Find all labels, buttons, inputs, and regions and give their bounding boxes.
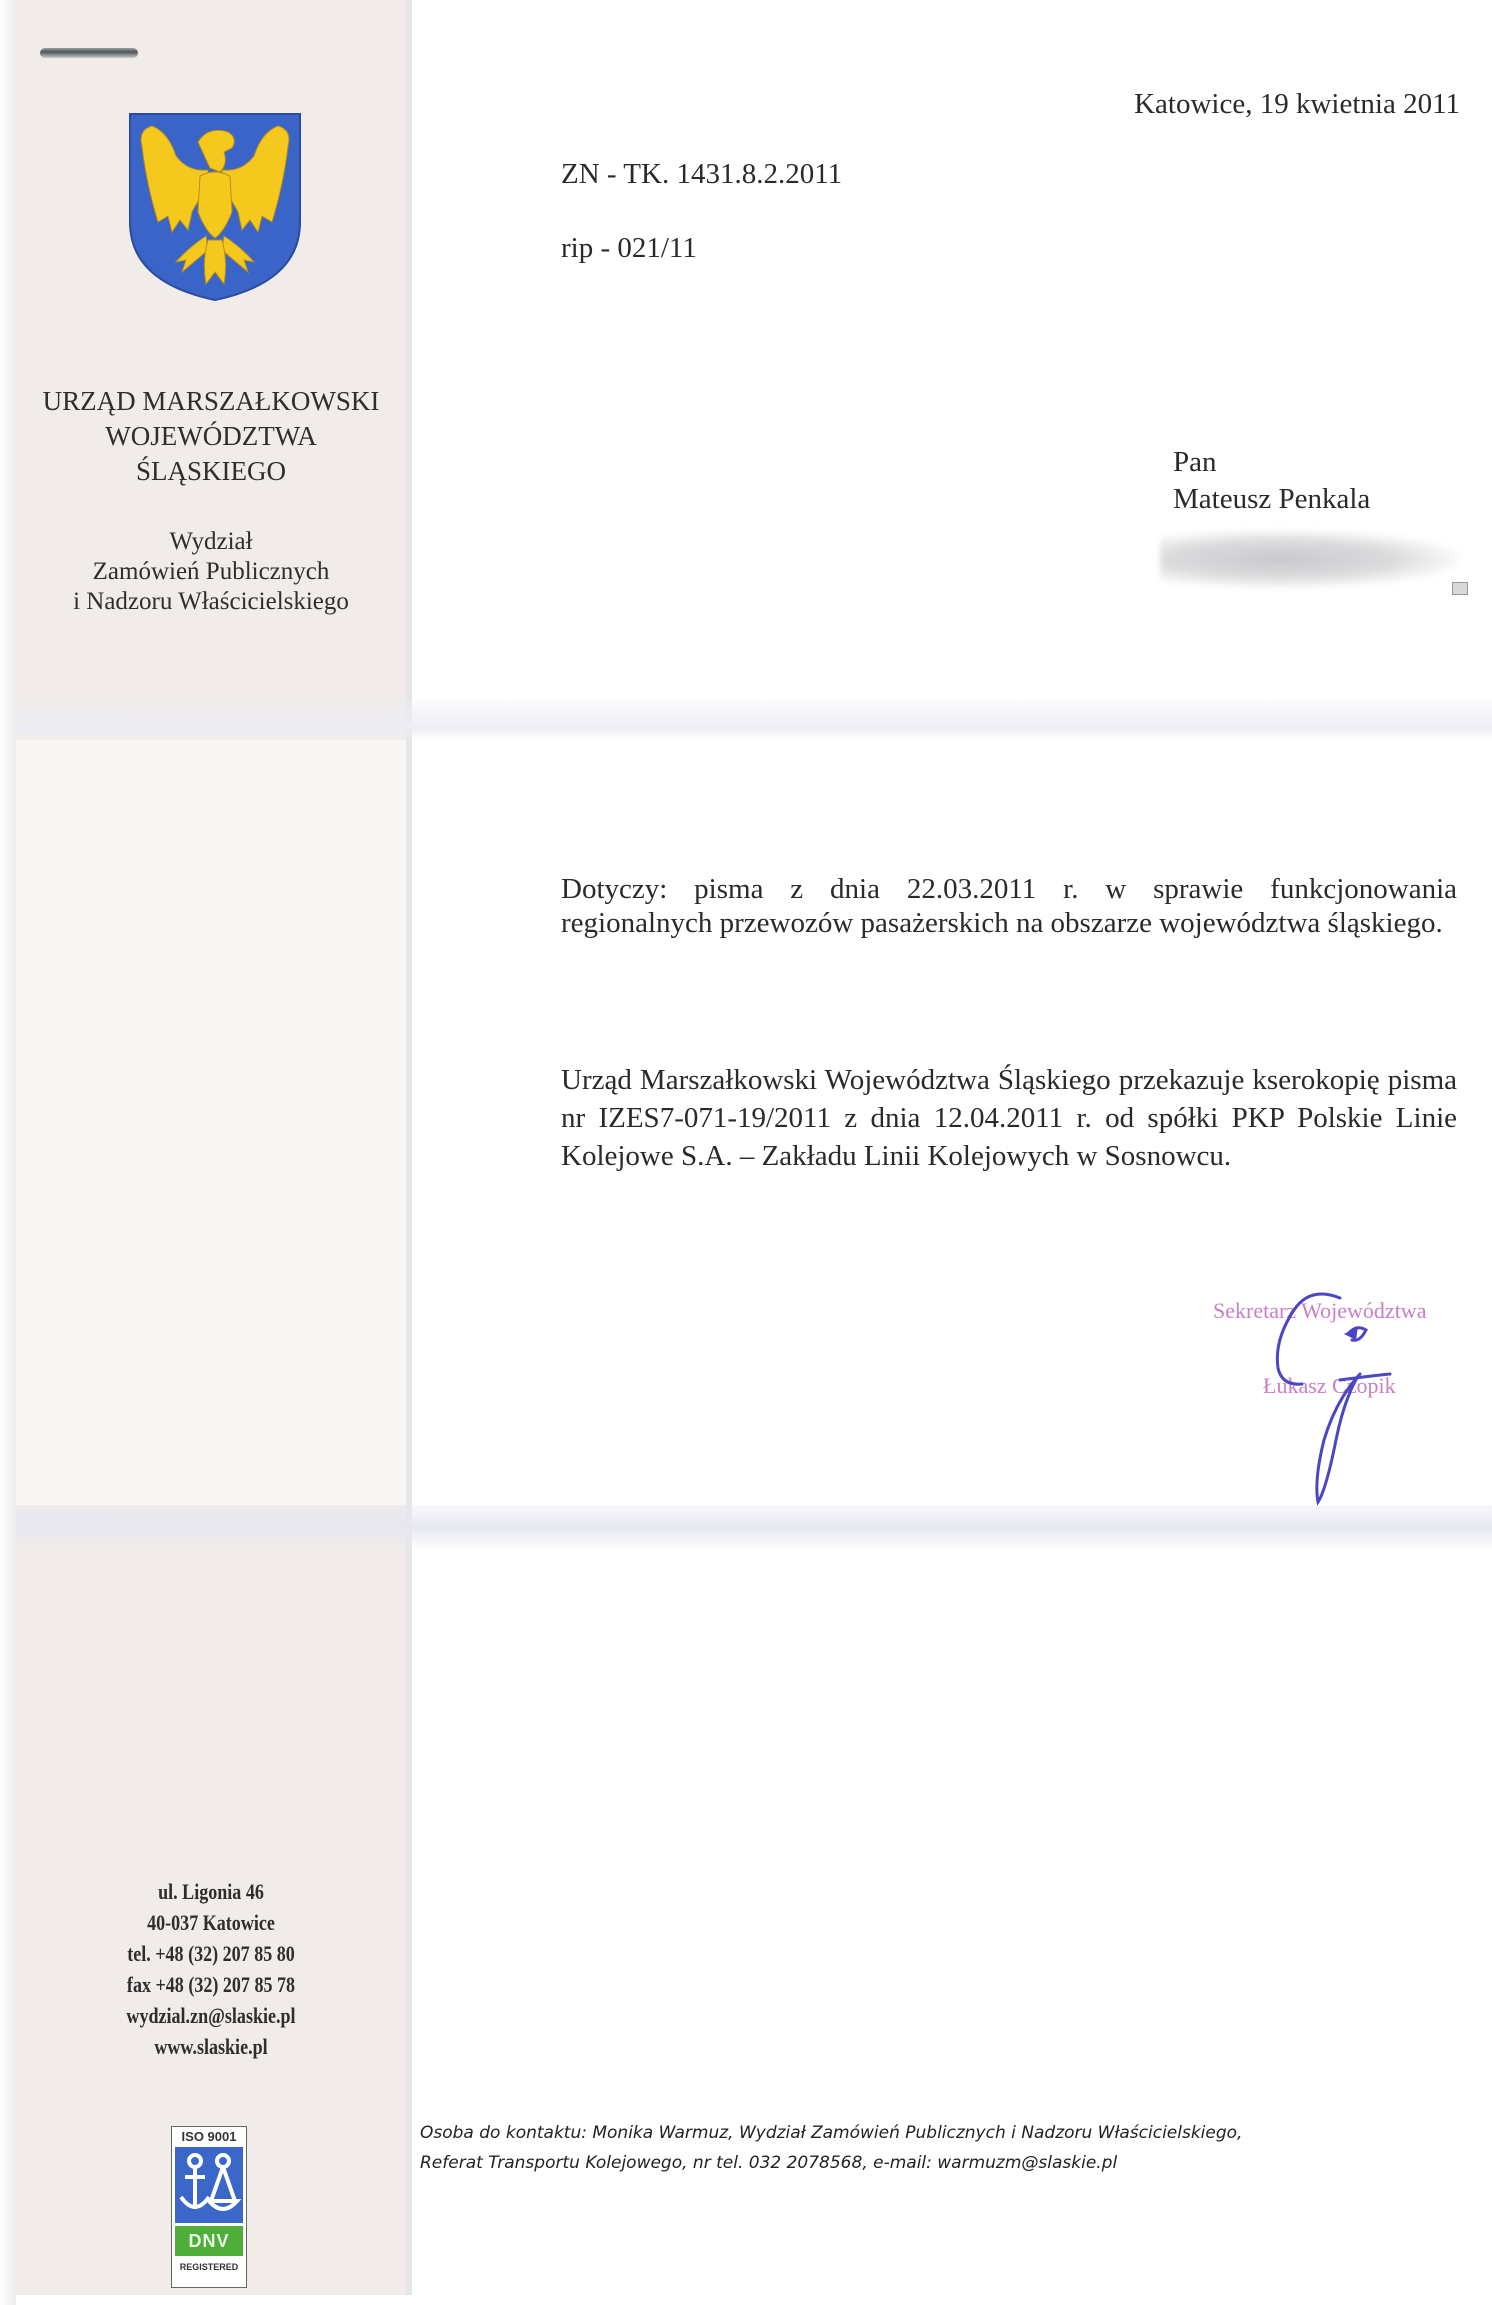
paper-fold-line bbox=[16, 1505, 1492, 1550]
iso-certification-badge: ISO 9001 DNV REGISTERED bbox=[171, 2126, 247, 2288]
anchor-scales-icon bbox=[175, 2147, 243, 2223]
office-name: URZĄD MARSZAŁKOWSKI WOJEWÓDZTWA ŚLĄSKIEG… bbox=[16, 384, 406, 489]
redaction-marker-icon bbox=[1452, 582, 1468, 595]
sender-website[interactable]: www.slaskie.pl bbox=[51, 2031, 371, 2062]
handwritten-signature-icon bbox=[1240, 1290, 1420, 1510]
sender-address: ul. Ligonia 46 40-037 Katowice tel. +48 … bbox=[51, 1876, 371, 2062]
contact-person-details: Referat Transportu Kolejowego, nr tel. 0… bbox=[420, 2148, 1480, 2178]
paper-fold-line bbox=[16, 700, 1492, 740]
staple-icon bbox=[40, 48, 138, 58]
letter-body: Urząd Marszałkowski Województwa Śląskieg… bbox=[561, 1061, 1457, 1175]
silesian-eagle-icon bbox=[128, 112, 302, 302]
place-date: Katowice, 19 kwietnia 2011 bbox=[1134, 88, 1460, 121]
recipient-name: Mateusz Penkala bbox=[1173, 481, 1370, 518]
scan-edge bbox=[0, 0, 16, 2305]
department-name: Wydział Zamówień Publicznych i Nadzoru W… bbox=[16, 527, 406, 617]
redacted-address bbox=[1160, 530, 1460, 588]
recipient-salutation: Pan bbox=[1173, 444, 1370, 481]
letter-subject: Dotyczy: pisma z dnia 22.03.2011 r. w sp… bbox=[561, 872, 1457, 940]
reference-number: ZN - TK. 1431.8.2.2011 bbox=[561, 158, 842, 191]
case-number: rip - 021/11 bbox=[561, 232, 697, 265]
contact-person-note: Osoba do kontaktu: Monika Warmuz, Wydzia… bbox=[420, 2118, 1480, 2178]
sender-email[interactable]: wydzial.zn@slaskie.pl bbox=[51, 2000, 371, 2031]
recipient: Pan Mateusz Penkala bbox=[1173, 444, 1370, 518]
sidebar-fold-panel bbox=[16, 740, 406, 1505]
